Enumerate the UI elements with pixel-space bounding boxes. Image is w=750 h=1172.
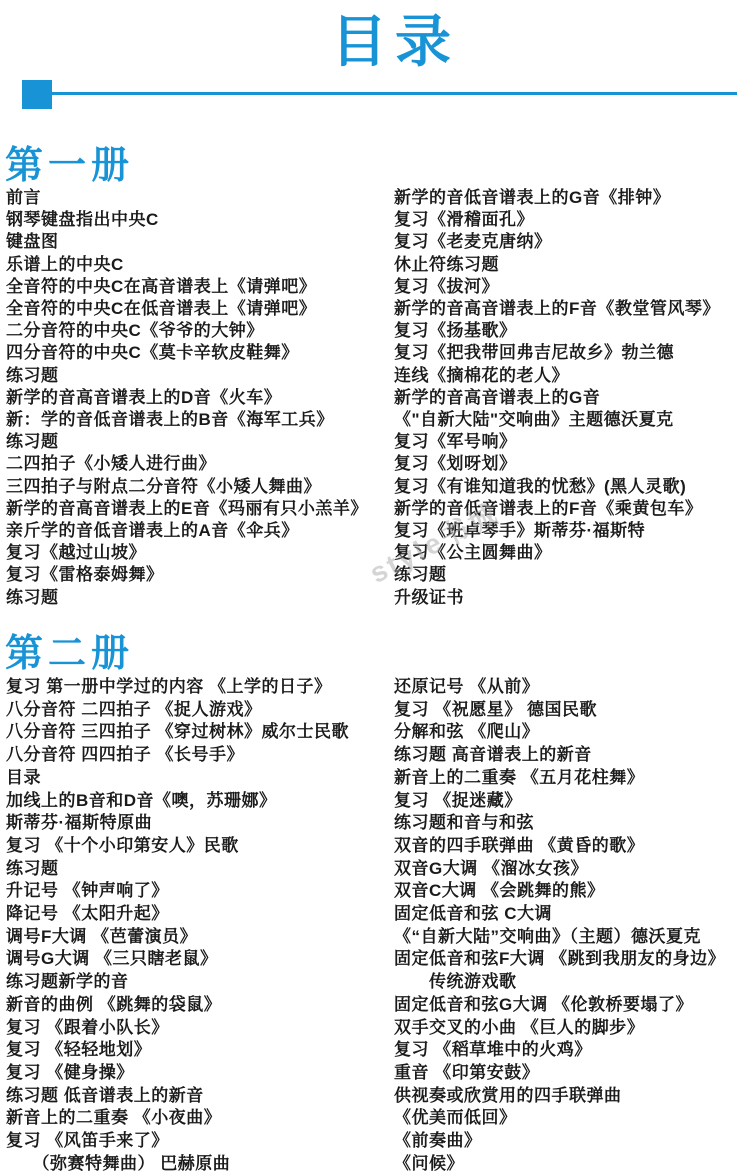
toc-item: 复习《军号响》 <box>394 431 748 453</box>
toc-item: 亲斤学的音低音谱表上的A音《伞兵》 <box>6 520 394 542</box>
book2-left-column: 复习 第一册中学过的内容 《上学的日子》八分音符 二四拍子 《捉人游戏》八分音符… <box>6 676 394 1172</box>
toc-item: 复习《拔河》 <box>394 276 748 298</box>
toc-item: 新学的音低音谱表上的G音《排钟》 <box>394 187 748 209</box>
toc-item: 目录 <box>6 767 394 790</box>
page-title: 目录 <box>20 0 750 78</box>
toc-item: 升级证书 <box>394 587 748 609</box>
toc-item: 练习题 高音谱表上的新音 <box>394 744 748 767</box>
toc-item: 《“自新大陆”交响曲》（主题）德沃夏克 <box>394 926 748 949</box>
toc-item: 双手交叉的小曲 《巨人的脚步》 <box>394 1017 748 1040</box>
toc-item: 复习《把我带回弗吉尼故乡》勃兰德 <box>394 342 748 364</box>
toc-item: 新学的音低音谱表上的F音《乘黄包车》 <box>394 498 748 520</box>
toc-item: 固定低音和弦F大调 《跳到我朋友的身边》 <box>394 948 748 971</box>
toc-item: 新学的音高音谱表上的E音《玛丽有只小羔羊》 <box>6 498 394 520</box>
toc-item: 练习题新学的音 <box>6 971 394 994</box>
toc-item: 键盘图 <box>6 231 394 253</box>
toc-item: 练习题 <box>394 564 748 586</box>
toc-item: 八分音符 四四拍子 《长号手》 <box>6 744 394 767</box>
toc-item: （弥赛特舞曲） 巴赫原曲 <box>6 1153 394 1172</box>
toc-item: 新音上的二重奏 《小夜曲》 <box>6 1107 394 1130</box>
toc-item: 连线《摘棉花的老人》 <box>394 365 748 387</box>
book2-right-column: 还原记号 《从前》复习 《祝愿星》 德国民歌分解和弦 《爬山》练习题 高音谱表上… <box>394 676 748 1172</box>
toc-item: 新音上的二重奏 《五月花柱舞》 <box>394 767 748 790</box>
toc-item: 升记号 《钟声响了》 <box>6 880 394 903</box>
toc-item: 复习《公主圆舞曲》 <box>394 542 748 564</box>
toc-item: 固定低音和弦 C大调 <box>394 903 748 926</box>
toc-item: 斯蒂芬·福斯特原曲 <box>6 812 394 835</box>
toc-item: 《前奏曲》 <box>394 1130 748 1153</box>
toc-item: 复习《老麦克唐纳》 <box>394 231 748 253</box>
toc-item: 练习题和音与和弦 <box>394 812 748 835</box>
toc-item: 《"自新大陆"交响曲》主题德沃夏克 <box>394 409 748 431</box>
toc-item: 双音的四手联弹曲 《黄昏的歌》 <box>394 835 748 858</box>
toc-item: 还原记号 《从前》 <box>394 676 748 699</box>
toc-item: 复习 《稻草堆中的火鸡》 <box>394 1039 748 1062</box>
toc-item: 《优美而低回》 <box>394 1107 748 1130</box>
book1-left-column: 前言钢琴键盘指出中央C键盘图乐谱上的中央C全音符的中央C在高音谱表上《请弹吧》全… <box>6 187 394 609</box>
toc-item: 四分音符的中央C《莫卡辛软皮鞋舞》 <box>6 342 394 364</box>
toc-item: 练习题 <box>6 365 394 387</box>
toc-item: 复习 《十个小印第安人》民歌 <box>6 835 394 858</box>
toc-item: 复习《雷格泰姆舞》 <box>6 564 394 586</box>
toc-item: 复习 《健身操》 <box>6 1062 394 1085</box>
divider-line <box>50 92 737 95</box>
toc-item: 新学的音高音谱表上的G音 <box>394 387 748 409</box>
book1-heading: 第一册 <box>5 134 134 189</box>
toc-item: 前言 <box>6 187 394 209</box>
toc-item: 双音C大调 《会跳舞的熊》 <box>394 880 748 903</box>
toc-item: 传统游戏歌 <box>394 971 748 994</box>
toc-item: 复习 《跟着小队长》 <box>6 1017 394 1040</box>
toc-item: 复习《班卓琴手》斯蒂芬·福斯特 <box>394 520 748 542</box>
toc-item: 加线上的B音和D音《噢，苏珊娜》 <box>6 790 394 813</box>
toc-item: 重音 《印第安鼓》 <box>394 1062 748 1085</box>
toc-item: 新学的音高音谱表上的D音《火车》 <box>6 387 394 409</box>
toc-item: 复习 《轻轻地划》 <box>6 1039 394 1062</box>
toc-item: 复习《扬基歌》 <box>394 320 748 342</box>
toc-item: 复习《有谁知道我的忧愁》(黑人灵歌) <box>394 476 748 498</box>
toc-item: 新音的曲例 《跳舞的袋鼠》 <box>6 994 394 1017</box>
toc-item: 八分音符 三四拍子 《穿过树林》威尔士民歌 <box>6 721 394 744</box>
toc-item: 全音符的中央C在低音谱表上《请弹吧》 <box>6 298 394 320</box>
toc-item: 调号G大调 《三只瞎老鼠》 <box>6 948 394 971</box>
toc-item: 复习 《风笛手来了》 <box>6 1130 394 1153</box>
toc-item: 钢琴键盘指出中央C <box>6 209 394 231</box>
toc-item: 降记号 《太阳升起》 <box>6 903 394 926</box>
book1-right-column: 新学的音低音谱表上的G音《排钟》复习《滑稽面孔》复习《老麦克唐纳》休止符练习题复… <box>394 187 748 609</box>
toc-item: 复习 《捉迷藏》 <box>394 790 748 813</box>
toc-item: 复习《滑稽面孔》 <box>394 209 748 231</box>
toc-item: 练习题 低音谱表上的新音 <box>6 1085 394 1108</box>
toc-item: 《问候》 <box>394 1153 748 1172</box>
toc-item: 复习 第一册中学过的内容 《上学的日子》 <box>6 676 394 699</box>
toc-item: 固定低音和弦G大调 《伦敦桥要塌了》 <box>394 994 748 1017</box>
toc-item: 双音G大调 《溜冰女孩》 <box>394 858 748 881</box>
toc-item: 分解和弦 《爬山》 <box>394 721 748 744</box>
toc-item: 新：学的音低音谱表上的B音《海军工兵》 <box>6 409 394 431</box>
toc-item: 调号F大调 《芭蕾演员》 <box>6 926 394 949</box>
divider-square-icon <box>22 80 52 109</box>
toc-item: 复习《划呀划》 <box>394 453 748 475</box>
toc-item: 练习题 <box>6 858 394 881</box>
toc-item: 三四拍子与附点二分音符《小矮人舞曲》 <box>6 476 394 498</box>
toc-item: 供视奏或欣赏用的四手联弹曲 <box>394 1085 748 1108</box>
toc-item: 乐谱上的中央C <box>6 254 394 276</box>
toc-item: 练习题 <box>6 587 394 609</box>
toc-item: 复习《越过山坡》 <box>6 542 394 564</box>
toc-item: 二四拍子《小矮人进行曲》 <box>6 453 394 475</box>
book2-heading: 第二册 <box>5 622 134 677</box>
toc-item: 新学的音高音谱表上的F音《教堂管风琴》 <box>394 298 748 320</box>
toc-item: 全音符的中央C在高音谱表上《请弹吧》 <box>6 276 394 298</box>
toc-item: 八分音符 二四拍子 《捉人游戏》 <box>6 699 394 722</box>
toc-page: 目录 第一册 前言钢琴键盘指出中央C键盘图乐谱上的中央C全音符的中央C在高音谱表… <box>0 0 750 1172</box>
toc-item: 二分音符的中央C《爷爷的大钟》 <box>6 320 394 342</box>
toc-item: 复习 《祝愿星》 德国民歌 <box>394 699 748 722</box>
toc-item: 练习题 <box>6 431 394 453</box>
toc-item: 休止符练习题 <box>394 254 748 276</box>
